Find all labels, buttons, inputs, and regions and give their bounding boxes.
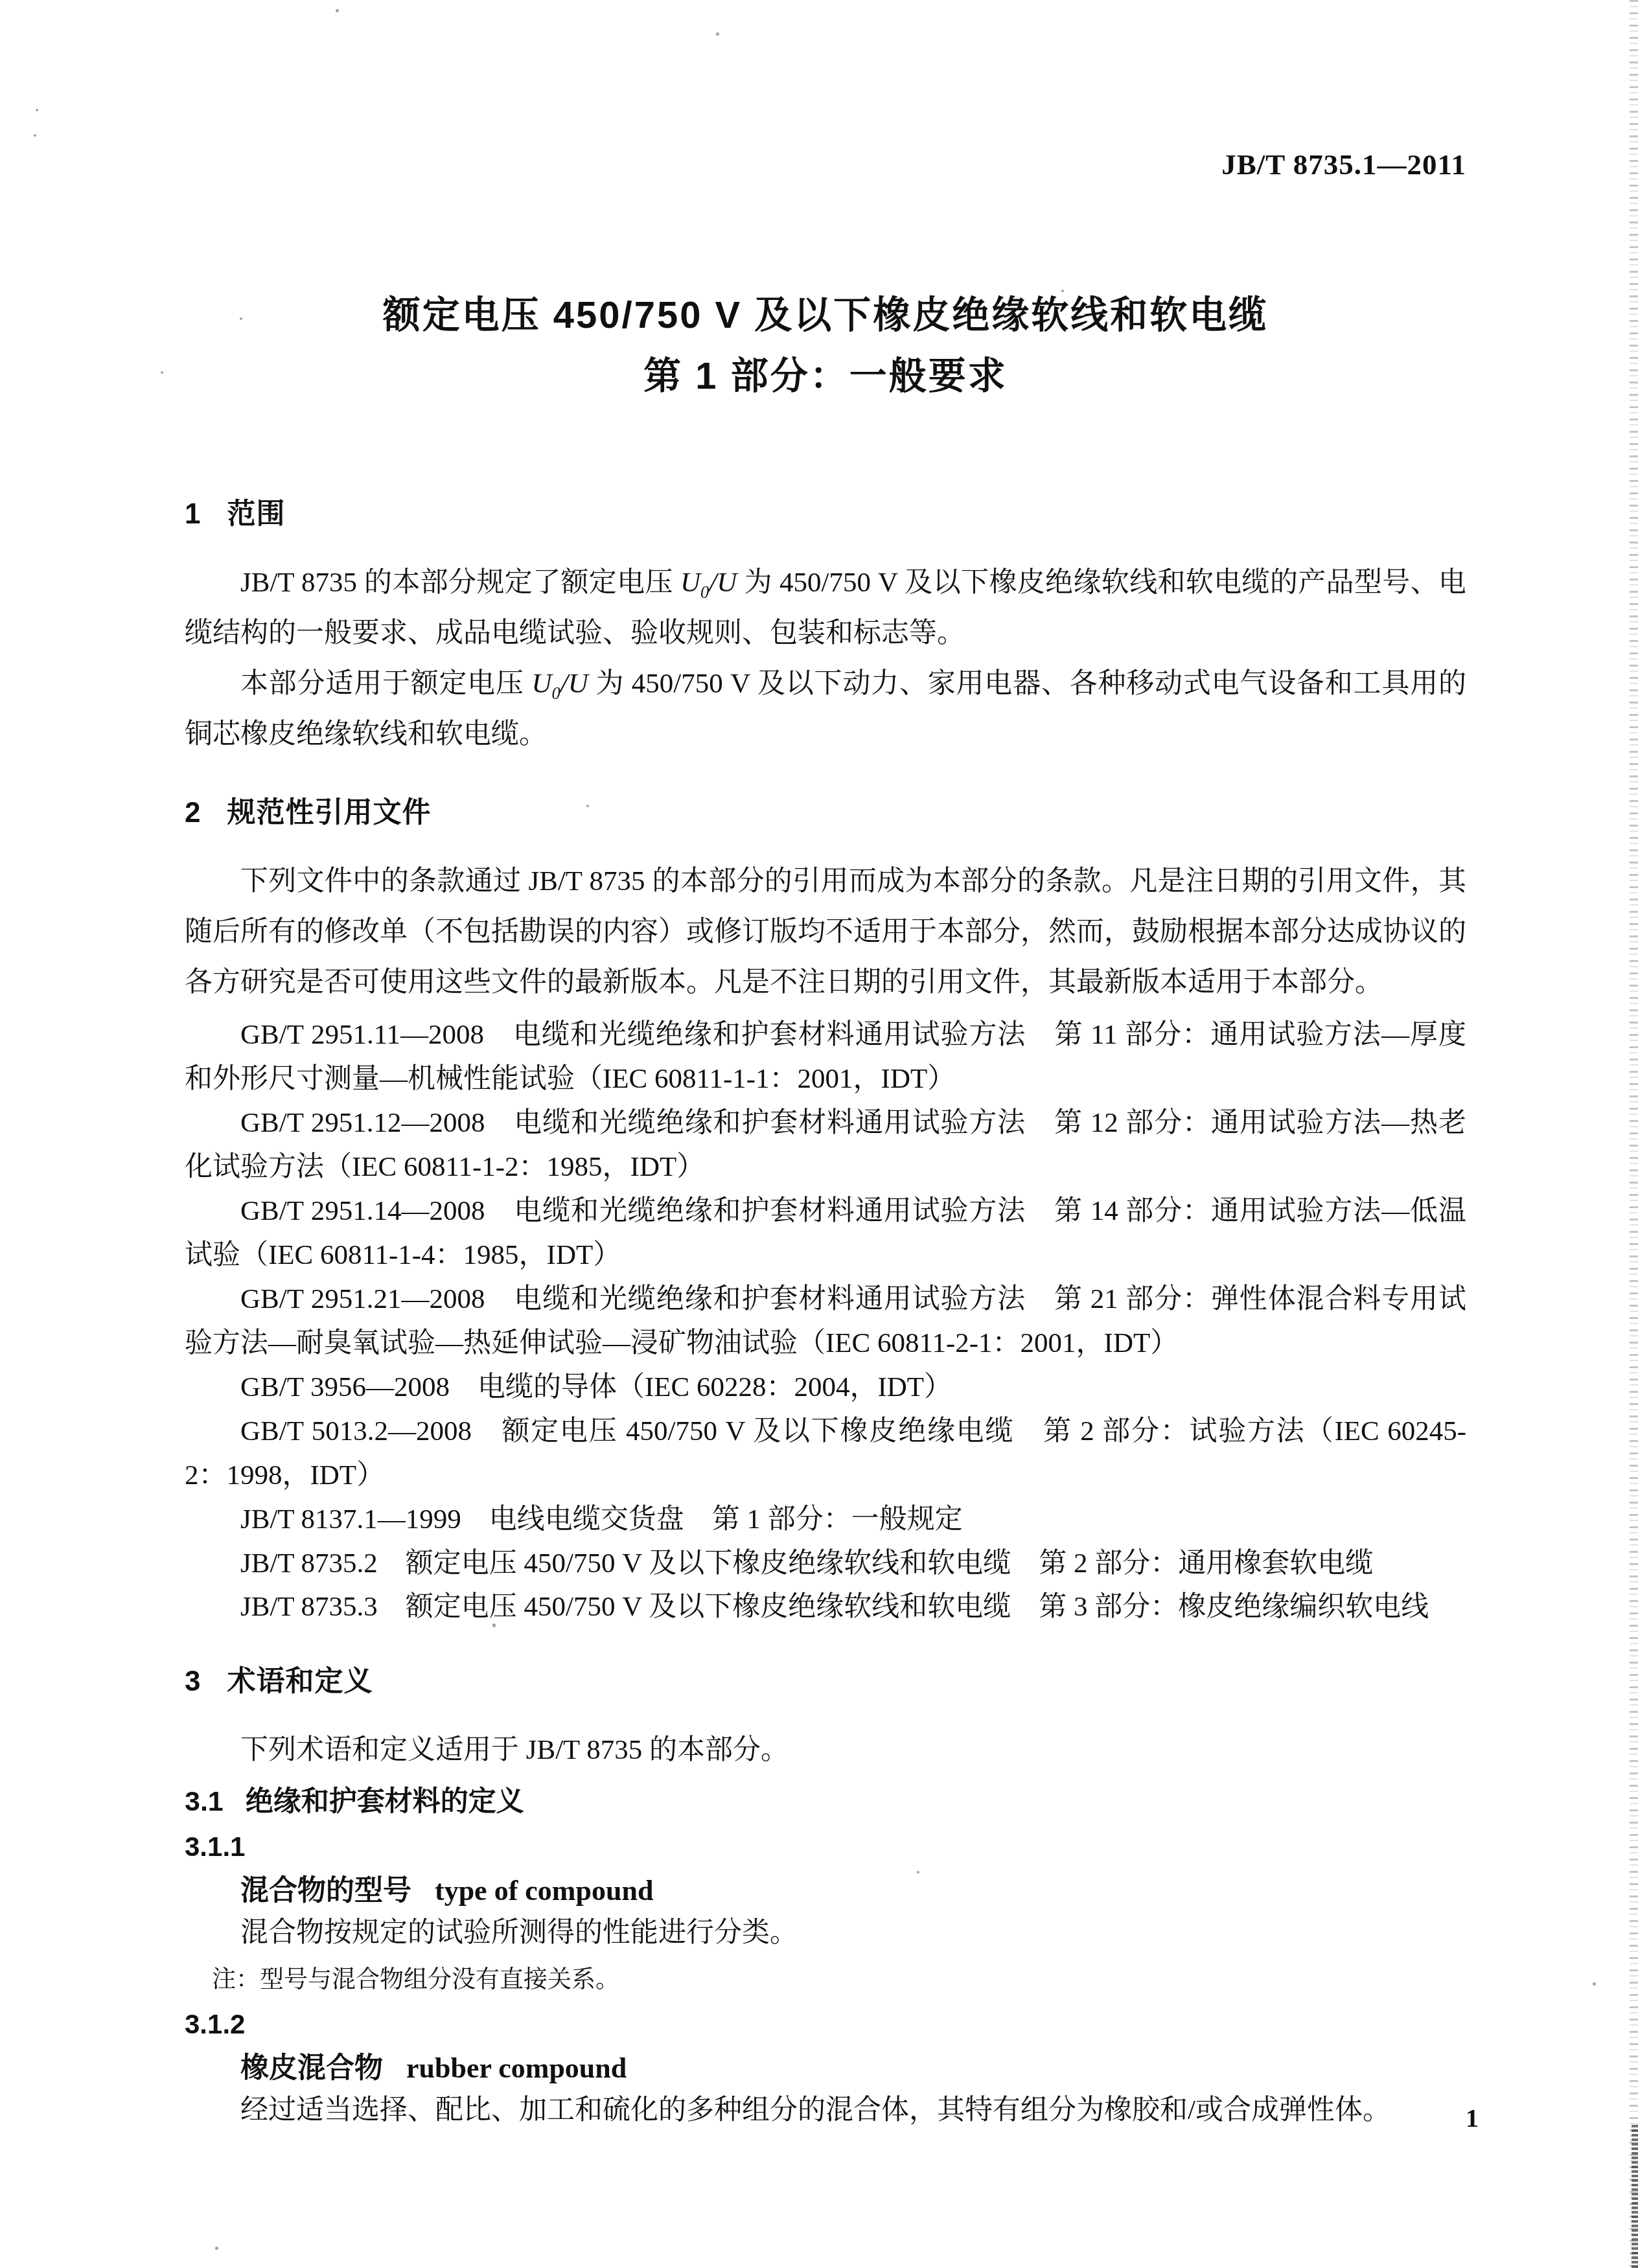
scan-artifact-right-edge-dark [1632,2125,1638,2268]
term-rubber-compound: 橡皮混合物rubber compound [185,2050,1466,2087]
term-en: type of compound [435,1875,653,1907]
scan-speck [36,109,38,111]
voltage-symbol-rest: /U [560,669,588,699]
reference-item: JB/T 8735.3 额定电压 450/750 V 及以下橡皮绝缘软线和软电缆… [185,1585,1466,1629]
document-page: JB/T 8735.1—2011 额定电压 450/750 V 及以下橡皮绝缘软… [0,0,1638,2268]
definition-rubber-compound: 经过适当选择、配比、加工和硫化的多种组分的混合体，其特有组分为橡胶和/或合成弹性… [185,2090,1466,2131]
section1-paragraph2: 本部分适用于额定电压 U0/U 为 450/750 V 及以下动力、家用电器、各… [185,659,1466,761]
voltage-symbol-base: U [531,669,551,699]
scan-speck [34,134,36,137]
reference-item: GB/T 2951.14—2008 电缆和光缆绝缘和护套材料通用试验方法 第 1… [185,1189,1466,1277]
term-en: rubber compound [406,2052,627,2084]
section1-number: 1 [185,498,201,530]
scan-speck [240,317,242,320]
scan-speck [917,1871,919,1873]
reference-item: GB/T 2951.12—2008 电缆和光缆绝缘和护套材料通用试验方法 第 1… [185,1101,1466,1189]
section2-number: 2 [185,797,201,829]
term-type-of-compound: 混合物的型号type of compound [185,1872,1466,1909]
clause-3-1-2-number: 3.1.2 [185,2008,1466,2042]
voltage-symbol-base: U [680,567,700,598]
scan-artifact-right-edge [1630,0,1638,2268]
doc-title-line1: 额定电压 450/750 V 及以下橡皮绝缘软线和软电缆 [185,285,1466,346]
section2-title: 规范性引用文件 [227,797,431,829]
page-content: JB/T 8735.1—2011 额定电压 450/750 V 及以下橡皮绝缘软… [185,0,1466,2131]
section3-number: 3 [185,1666,201,1697]
section1-p2-pre: 本部分适用于额定电压 [240,669,531,699]
doc-header: JB/T 8735.1—2011 [185,0,1466,181]
voltage-symbol-rest: /U [709,567,737,598]
voltage-symbol-sub: 0 [700,582,709,601]
page-number: 1 [1466,2103,1479,2133]
term-zh: 混合物的型号 [240,1875,411,1907]
scan-speck [161,371,163,374]
reference-item: JB/T 8735.2 额定电压 450/750 V 及以下橡皮绝缘软线和软电缆… [185,1542,1466,1586]
section1-p1-pre: JB/T 8735 的本部分规定了额定电压 [240,567,680,598]
section3-heading: 3术语和定义 [185,1665,1466,1699]
section1-heading: 1范围 [185,498,1466,532]
doc-title-line2: 第 1 部分：一般要求 [185,346,1466,407]
normative-references-list: GB/T 2951.11—2008 电缆和光缆绝缘和护套材料通用试验方法 第 1… [185,1013,1466,1629]
reference-item: GB/T 5013.2—2008 额定电压 450/750 V 及以下橡皮绝缘电… [185,1410,1466,1498]
reference-item: GB/T 2951.11—2008 电缆和光缆绝缘和护套材料通用试验方法 第 1… [185,1013,1466,1101]
reference-item: JB/T 8137.1—1999 电线电缆交货盘 第 1 部分：一般规定 [185,1498,1466,1542]
scan-speck [1061,290,1064,292]
scan-speck [586,805,589,807]
scan-speck [215,2247,218,2250]
scan-speck [1593,1982,1596,1986]
note-type-of-compound: 注：型号与混合物组分没有直接关系。 [212,1964,1466,1997]
definition-type-of-compound: 混合物按规定的试验所测得的性能进行分类。 [185,1913,1466,1953]
clause-3-1-title: 绝缘和护套材料的定义 [246,1786,524,1817]
clause-3-1-number: 3.1 [185,1786,224,1817]
section1-title: 范围 [227,498,285,530]
voltage-symbol-sub: 0 [552,683,560,703]
reference-item: GB/T 3956—2008 电缆的导体（IEC 60228：2004，IDT） [185,1366,1466,1410]
reference-item: GB/T 2951.21—2008 电缆和光缆绝缘和护套材料通用试验方法 第 2… [185,1277,1466,1366]
voltage-symbol: U0/U [680,567,737,598]
section1-paragraph1: JB/T 8735 的本部分规定了额定电压 U0/U 为 450/750 V 及… [185,558,1466,659]
scan-speck [716,32,719,36]
clause-3-1-heading: 3.1绝缘和护套材料的定义 [185,1785,1466,1820]
section3-title: 术语和定义 [227,1666,373,1697]
section2-intro: 下列文件中的条款通过 JB/T 8735 的本部分的引用而成为本部分的条款。凡是… [185,856,1466,1009]
doc-title: 额定电压 450/750 V 及以下橡皮绝缘软线和软电缆 第 1 部分：一般要求 [185,285,1466,407]
clause-3-1-1-number: 3.1.1 [185,1830,1466,1864]
voltage-symbol: U0/U [531,669,588,699]
term-zh: 橡皮混合物 [240,2052,383,2084]
scan-speck [492,1623,496,1627]
section2-heading: 2规范性引用文件 [185,796,1466,830]
section3-intro: 下列术语和定义适用于 JB/T 8735 的本部分。 [185,1725,1466,1776]
doc-number: JB/T 8735.1—2011 [1221,148,1466,181]
scan-speck [336,9,339,12]
